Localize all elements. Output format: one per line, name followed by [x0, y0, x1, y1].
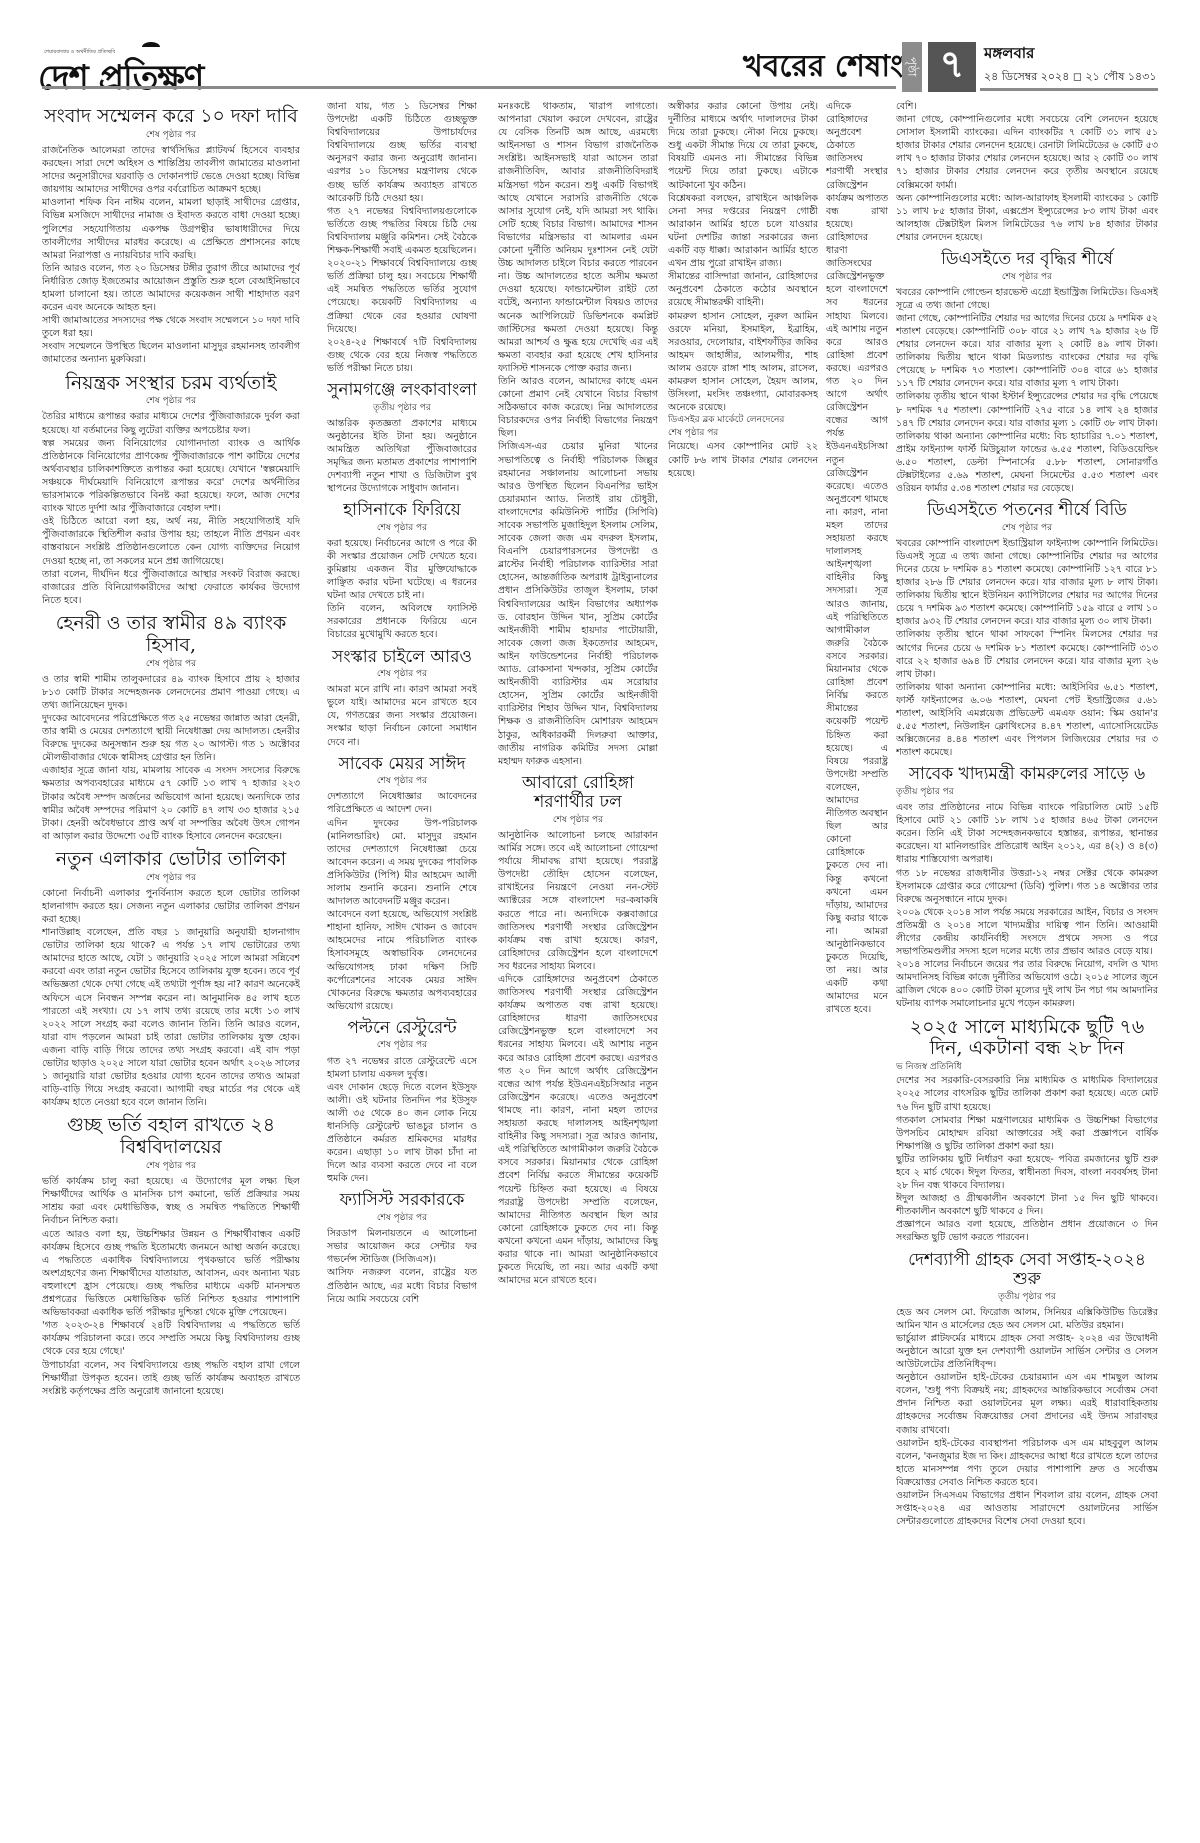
continued-from: শেষ পৃষ্ঠার পর [327, 1212, 477, 1225]
paragraph: এজাহার সূত্রে জানা যায়, মামলায় সাবেক এ… [42, 764, 300, 843]
article-fascist-government: ফ্যাসিস্ট সরকারকে শেষ পৃষ্ঠার পর সিরডাপ … [327, 1191, 477, 1305]
column-2: জানা যায়, গত ১ ডিসেম্বর শিক্ষা উপদেষ্টা… [327, 100, 477, 1843]
headline[interactable]: পল্টনে রেস্টুরেন্ট [327, 1019, 477, 1039]
article-rohingya-border: অস্বীকার করার কোনো উপায় নেই। দুর্নীতির … [668, 100, 818, 414]
article-paltan-restaurant: পল্টনে রেস্টুরেন্ট শেষ পৃষ্ঠার পর গত ২৭ … [327, 1019, 477, 1186]
paragraph: তিনি আরও বলেন, আমাদের কাছে এমন কোনো প্রম… [498, 375, 658, 440]
paragraph: জানা গেছে, কোম্পানিগুলোর মধ্যে সবচেয়ে ব… [896, 113, 1158, 192]
article-rohingya-influx: আবারো রোহিঙ্গা শরণার্থীর ঢল শেষ পৃষ্ঠার … [498, 774, 658, 1287]
article-hasina-return: হাসিনাকে ফিরিয়ে শেষ পৃষ্ঠার পর করা হয়ে… [327, 501, 477, 641]
continued-from: শেষ পৃষ্ঠার পর [42, 658, 300, 671]
paragraph: ছুটির তালিকায় ছুটি নির্ধারণ করা হয়েছে-… [896, 1153, 1158, 1192]
article-block-top-trades: বেশি। জানা গেছে, কোম্পানিগুলোর মধ্যে সবচ… [896, 100, 1158, 244]
continued-from: তৃতীয় পৃষ্ঠার পর [896, 1291, 1158, 1304]
paragraph: বিশ্লেষকরা বলছেন, রাখাইনে আঞ্চলিক সেনা স… [668, 192, 818, 271]
paragraph: ২০১৪ সালের নির্বাচনে জয়ের পর তার বিরুদ্… [896, 958, 1158, 1010]
paragraph: করা হয়েছে। নির্বাচনের আগে ও পরে কী কী স… [327, 537, 477, 602]
logo-swoosh-icon [142, 42, 160, 52]
continued-from: তৃতীয় পৃষ্ঠার পর [327, 402, 477, 415]
paragraph: এবং দোকান ছেড়ে দিতে বলেন ইউসুফ আলী। ওই … [327, 1081, 477, 1186]
continued-from: শেষ পৃষ্ঠার পর [498, 814, 658, 827]
paragraph: তালিকায় থাকা অন্যান্য কোম্পানির মধ্যে: … [896, 430, 1158, 495]
headline[interactable]: ডিএসইতে পতনের শীর্ষে বিডি [896, 501, 1158, 521]
paragraph: তালিকায় তৃতীয় স্থানে থাকা ইস্টার্ন ইন্… [896, 390, 1158, 429]
article-regulator-failure: নিয়ন্ত্রক সংস্থার চরম ব্যর্থতাই শেষ পৃষ… [42, 373, 300, 607]
paragraph: এদিন দুদকের উপ-পরিচালক (মানিলন্ডারিং) মো… [327, 817, 477, 909]
article-customer-service-week: দেশব্যাপী গ্রাহক সেবা সপ্তাহ-২০২৪ শুরু ত… [896, 1251, 1158, 1529]
paragraph: আমরা মনে রাখি না। কারণ আমরা সবই ভুলে যাই… [327, 683, 477, 748]
paragraph: তালিকায় তৃতীয় স্থানে থাকা সাফকো স্পিনি… [896, 628, 1158, 680]
column-4: অস্বীকার করার কোনো উপায় নেই। দুর্নীতির … [668, 100, 818, 1843]
paragraph: সাথী জামাআতের সদস্যদের পক্ষ থেকে সংবাদ স… [42, 314, 300, 340]
continued-from: শেষ পৃষ্ঠার পর [896, 522, 1158, 535]
continued-from: শেষ পৃষ্ঠার পর [327, 1039, 477, 1052]
paragraph: দুদকের আবেদনের পরিপ্রেক্ষিতে গত ২৫ নভেম্… [42, 712, 300, 764]
masthead: শেয়ারবাজার ও অর্থনীতির প্রতিচ্ছবি দেশ প… [0, 0, 1200, 100]
headline[interactable]: সুনামগঞ্জে লংকাবাংলা [327, 381, 477, 401]
paragraph: তালিকায় থাকা অন্যান্য কোম্পানির মধ্যে: … [896, 681, 1158, 760]
paragraph: অনুষ্ঠানে ওয়ালটন হাই-টেকের চেয়ারম্যান … [896, 1371, 1158, 1436]
continued-from: শেষ পৃষ্ঠার পর [896, 271, 1158, 284]
article-press-conference: সংবাদ সম্মেলন করে ১০ দফা দাবি শেষ পৃষ্ঠা… [42, 106, 300, 367]
paragraph: এতে আরও বলা হয়, উচ্চশিক্ষার উন্নয়ন ও শ… [42, 1228, 300, 1320]
paragraph: স্বল্প সময়ের জন্য বিনিয়োগের যোগানদাতা … [42, 437, 300, 516]
paragraph: সিরডাপ মিলনায়তনে এ আলোচনা সভার আয়োজন ক… [327, 1227, 477, 1266]
paragraph: ওয়ালটন হাই-টেকের ব্যবস্থাপনা পরিচালক এস… [896, 1437, 1158, 1489]
masthead-divider-right [980, 88, 1158, 91]
continued-from: শেষ পৃষ্ঠার পর [42, 1160, 300, 1173]
paragraph: জানা যায়, গত ১ ডিসেম্বর শিক্ষা উপদেষ্টা… [327, 100, 477, 205]
paragraph: তারা বলেন, দীর্ঘদিন ধরে পুঁজিবাজারে আস্থ… [42, 568, 300, 607]
weekday: মঙ্গলবার [984, 42, 1034, 67]
paragraph: হেড অব সেলস মো. ফিরোজ আলম, সিনিয়র এক্সি… [896, 1306, 1158, 1332]
paragraph: তিনি বলেন, অবিলম্বে ফ্যাসিস্ট সরকারের প্… [327, 602, 477, 641]
article-reform: সংস্কার চাইলে আরও শেষ পৃষ্ঠার পর আমরা মন… [327, 648, 477, 749]
continued-from: শেষ পৃষ্ঠার পর [42, 872, 300, 885]
continued-from: শেষ পৃষ্ঠার পর [327, 668, 477, 681]
headline[interactable]: নতুন এলাকার ভোটার তালিকা [42, 849, 300, 871]
paragraph: গত ১৮ নভেম্বর রাজধানীর উত্তরা-১২ নম্বর স… [896, 867, 1158, 906]
article-cluster-continued: জানা যায়, গত ১ ডিসেম্বর শিক্ষা উপদেষ্টা… [327, 100, 477, 375]
paragraph: আসিফ নজরুল বলেন, রাষ্ট্রের যত প্রতিষ্ঠান… [327, 1266, 477, 1305]
paragraph: শানাউল্লাহ বলেছেন, প্রতি বছর ১ জানুয়ারি… [42, 926, 300, 1109]
paragraph: ভার্চুয়াল প্লাটফর্মের মাধ্যমে গ্রাহক সে… [896, 1332, 1158, 1371]
column-left: সংবাদ সম্মেলন করে ১০ দফা দাবি শেষ পৃষ্ঠা… [42, 100, 300, 1843]
headline[interactable]: গুচ্ছ ভর্তি বহাল রাখতে ২৪ বিশ্ববিদালয়ের [42, 1115, 300, 1159]
paragraph: তিনি আরও বলেন, গত ২০ ডিসেম্বর টঙ্গীর তুর… [42, 262, 300, 314]
paragraph: মনঃকষ্টে থাকতাম, খারাপ লাগতো। আপনারা খেয… [498, 100, 658, 375]
article-henry-bank-accounts: হেনরী ও তার স্বামীর ৪৯ ব্যাংক হিসাব, শেষ… [42, 613, 300, 843]
paragraph: ওয়ালটন সিএসএম বিভাগের প্রধান শিবলাল রায… [896, 1489, 1158, 1528]
headline[interactable]: হেনরী ও তার স্বামীর ৪৯ ব্যাংক হিসাব, [42, 613, 300, 657]
headline[interactable]: আবারো রোহিঙ্গা শরণার্থীর ঢল [498, 774, 658, 813]
continued-from: তৃতীয় পৃষ্ঠার পর [896, 786, 1158, 799]
paragraph: দেশত্যাগে নিষেধাজ্ঞার আবেদনের পরিপ্রেক্ষ… [327, 790, 477, 816]
article-school-holidays: ২০২৫ সালে মাধ্যমিকে ছুটি ৭৬ দিন, একটানা … [896, 1017, 1158, 1245]
page-label: পৃষ্ঠা [902, 42, 922, 92]
article-former-food-minister: সাবেক খাদ্যমন্ত্রী কামরুলের সাড়ে ৬ তৃতী… [896, 765, 1158, 1010]
paragraph: এদিকে রোহিঙ্গাদের অনুপ্রবেশ ঠেকাতে জাতিস… [826, 100, 888, 1017]
paragraph: এবং তার প্রতিষ্ঠানের নামে বিভিন্ন ব্যাংক… [896, 801, 1158, 866]
paragraph: খবরের কোম্পানি বাংলাদেশ ইন্ডাস্ট্রিয়াল … [896, 537, 1158, 629]
paragraph: উপাচার্যরা বলেন, সব বিশ্ববিদ্যালয়ে গুচ্… [42, 1359, 300, 1398]
article-lankabangla: সুনামগঞ্জে লংকাবাংলা তৃতীয় পৃষ্ঠার পর আ… [327, 381, 477, 495]
article-block-market: ডিএসইর ব্লক মার্কেটে লেনদেনের শেষ পৃষ্ঠা… [668, 414, 818, 479]
paragraph: ভর্তি কার্যক্রম চালু করা হয়েছে। এ উদ্যো… [42, 1175, 300, 1227]
paragraph: গত ২৭ নভেম্বর বিশ্ববিদ্যালয়গুলোকে ভর্তি… [327, 205, 477, 257]
headline[interactable]: সাবেক মেয়র সাঈদ [327, 755, 477, 775]
paragraph: রাজনৈতিক আলেমরা তাদের স্বার্থসিদ্ধির প্ল… [42, 144, 300, 196]
paragraph: তৈরির মাধ্যমে রূপান্তর করার মাধ্যমে দেশে… [42, 410, 300, 436]
paragraph: ২০০৯ থেকে ২০১৪ সাল পর্যন্ত সময়ে সরকারের… [896, 906, 1158, 958]
headline[interactable]: সংবাদ সম্মেলন করে ১০ দফা দাবি [42, 106, 300, 128]
article-dse-losers: ডিএসইতে পতনের শীর্ষে বিডি শেষ পৃষ্ঠার পর… [896, 501, 1158, 759]
article-voter-list: নতুন এলাকার ভোটার তালিকা শেষ পৃষ্ঠার পর … [42, 849, 300, 1110]
continued-from: শেষ পৃষ্ঠার পর [42, 395, 300, 408]
continued-from: শেষ পৃষ্ঠার পর [327, 775, 477, 788]
paragraph: গত ২৭ নভেম্বর রাতে রেস্টুরেন্টে এসে হামল… [327, 1055, 477, 1081]
article-dse-gainers: ডিএসইতে দর বৃদ্ধির শীর্ষে শেষ পৃষ্ঠার পর… [896, 250, 1158, 495]
continued-from: শেষ পৃষ্ঠার পর [668, 427, 818, 440]
headline[interactable]: ডিএসইতে দর বৃদ্ধির শীর্ষে [896, 250, 1158, 270]
continued-from: শেষ পৃষ্ঠার পর [327, 522, 477, 535]
headline[interactable]: হাসিনাকে ফিরিয়ে [327, 501, 477, 521]
article-former-mayor: সাবেক মেয়র সাঈদ শেষ পৃষ্ঠার পর দেশত্যাগ… [327, 755, 477, 1013]
paragraph: অন্য কোম্পানিগুলোর মধ্যে: আল-আরাফাহ ইসলা… [896, 192, 1158, 244]
paragraph: কোনো নির্বাচনী এলাকার পুনর্বিন্যাস করতে … [42, 887, 300, 926]
paragraph: মাওলানা শফিক বিন নাঈম বলেন, মামলা ছাড়াই… [42, 196, 300, 261]
headline[interactable]: ২০২৫ সালে মাধ্যমিকে ছুটি ৭৬ দিন, একটানা … [896, 1017, 1158, 1061]
headline[interactable]: সংস্কার চাইলে আরও [327, 648, 477, 668]
column-3: মনঃকষ্টে থাকতাম, খারাপ লাগতো। আপনারা খেয… [498, 100, 658, 1843]
headline[interactable]: দেশব্যাপী গ্রাহক সেবা সপ্তাহ-২০২৪ শুরু [896, 1251, 1158, 1290]
page-number: ৭ [928, 42, 976, 92]
paragraph: বেশি। [896, 100, 1158, 113]
paragraph: দেশের সব সরকারি-বেসরকারি নিম্ন মাধ্যমিক … [896, 1074, 1158, 1113]
paragraph: ২০২০-২১ শিক্ষাবর্ষে বিশ্ববিদ্যালয়ে গুচ্… [327, 257, 477, 336]
section-title: খবরের শেষাংশ [743, 42, 921, 93]
paragraph: আবেদনে বলা হয়েছে, অভিযোগ সংশ্লিষ্ট শাহা… [327, 908, 477, 1013]
paragraph: ও তার স্বামী শামীম তালুকদারের ৪৯ ব্যাংক … [42, 673, 300, 712]
paragraph: আনুষ্ঠানিক আলোচনা চলছে আরাকান আর্মির সঙ্… [498, 829, 658, 973]
paragraph: কামরুল হাসান সোহেল, নুরুল আমিন ওরফে মনিয… [668, 310, 818, 415]
paragraph: সীমান্তের বাসিন্দারা জানান, রোহিঙ্গাদের … [668, 270, 818, 309]
article-judiciary-continued: মনঃকষ্টে থাকতাম, খারাপ লাগতো। আপনারা খেয… [498, 100, 658, 768]
headline[interactable]: ফ্যাসিস্ট সরকারকে [327, 1191, 477, 1211]
article-cluster-admission: গুচ্ছ ভর্তি বহাল রাখতে ২৪ বিশ্ববিদালয়ের… [42, 1115, 300, 1397]
paragraph: নিয়েছে। এসব কোম্পানির মোট ২২ কোটি ৮৬ লা… [668, 440, 818, 479]
paragraph: সিজিএস-এর চেয়ার মুনিরা খানের সভাপতিত্বে… [498, 440, 658, 767]
paragraph: অস্বীকার করার কোনো উপায় নেই। দুর্নীতির … [668, 100, 818, 192]
column-5: এদিকে রোহিঙ্গাদের অনুপ্রবেশ ঠেকাতে জাতিস… [826, 100, 888, 1843]
paragraph: ওই চিঠিতে আরো বলা হয়, অর্থ নয়, নীতি সহ… [42, 515, 300, 567]
paragraph: জানা গেছে, কোম্পানিটির শেয়ার দর আগের দি… [896, 312, 1158, 391]
paragraph: ঈদুল আজহা ও গ্রীষ্মকালীন অবকাশে টানা ১৫ … [896, 1192, 1158, 1218]
paragraph: সংবাদ সম্মেলনে উপস্থিত ছিলেন মাওলানা মাস… [42, 340, 300, 366]
paragraph: প্রজ্ঞাপনে আরও বলা হয়েছে, প্রতিষ্ঠান প্… [896, 1218, 1158, 1244]
column-right: বেশি। জানা গেছে, কোম্পানিগুলোর মধ্যে সবচ… [896, 100, 1158, 1843]
paragraph: গতকাল সোমবার শিক্ষা মন্ত্রণালয়ের মাধ্যম… [896, 1114, 1158, 1153]
headline[interactable]: নিয়ন্ত্রক সংস্থার চরম ব্যর্থতাই [42, 373, 300, 395]
headline[interactable]: ডিএসইর ব্লক মার্কেটে লেনদেনের [668, 414, 818, 427]
paragraph: খবরের কোম্পানি গোল্ডেন হারভেস্ট এগ্রো ইন… [896, 286, 1158, 312]
issue-date: ২৪ ডিসেম্বর ২০২৪ ◻ ২১ পৌষ ১৪৩১ [984, 68, 1156, 87]
continued-from: শেষ পৃষ্ঠার পর [42, 129, 300, 142]
paragraph: আন্তরিক কৃতজ্ঞতা প্রকাশের মাধ্যমে অনুষ্ঠ… [327, 417, 477, 496]
paragraph: এদিকে রোহিঙ্গাদের অনুপ্রবেশ ঠেকাতে জাতিস… [498, 973, 658, 1287]
headline[interactable]: সাবেক খাদ্যমন্ত্রী কামরুলের সাড়ে ৬ [896, 765, 1158, 785]
paragraph: ২০২৪-২৫ শিক্ষাবর্ষে ৭টি বিশ্ববিদ্যালয় গ… [327, 336, 477, 375]
masthead-divider-left [42, 86, 304, 89]
byline: ভ নিজস্ব প্রতিনিধি [896, 1061, 1158, 1074]
paragraph: 'গত ২০২৩-২৪ শিক্ষাবর্ষে ২৪টি বিশ্ববিদ্যা… [42, 1319, 300, 1358]
